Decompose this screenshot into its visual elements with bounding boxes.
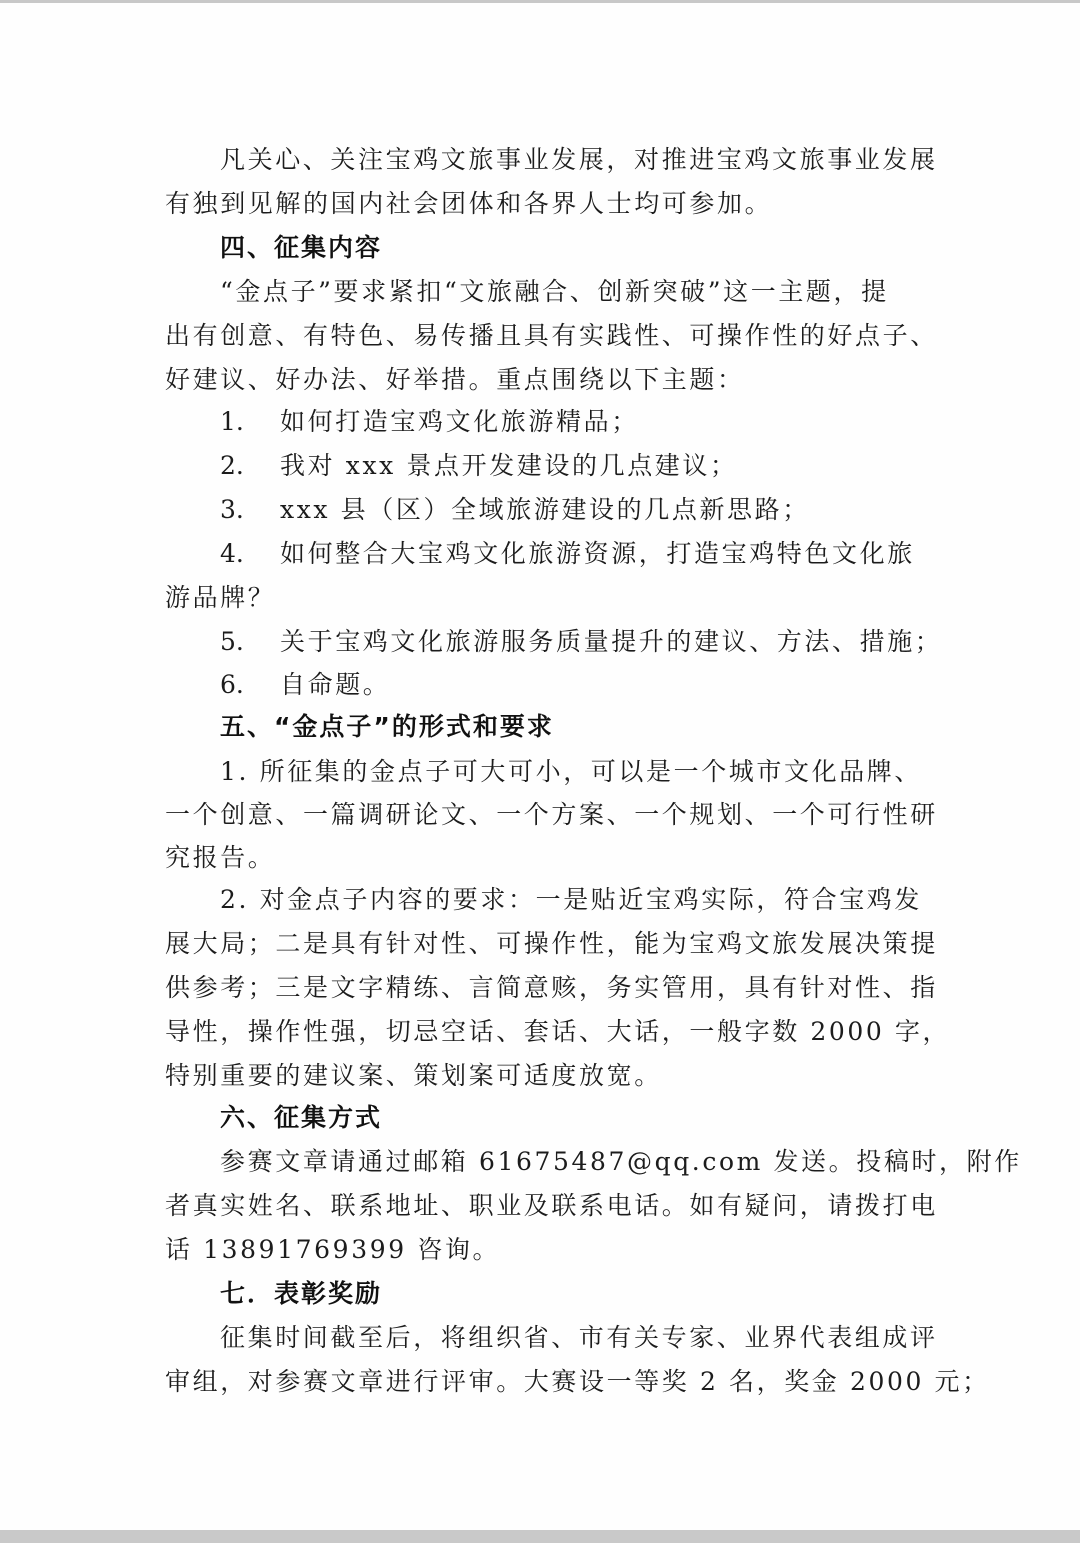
list-number: 4. xyxy=(220,539,280,569)
paragraph-line: 出有创意、有特色、易传播且具有实践性、可操作性的好点子、 xyxy=(165,321,938,351)
bottom-edge-bar xyxy=(0,1530,1080,1543)
topic-list-item: 2.我对 xxx 景点开发建设的几点建议； xyxy=(220,451,738,481)
topic-list-item: 1.如何打造宝鸡文化旅游精品； xyxy=(220,407,639,437)
paragraph-line: 一个创意、一篇调研论文、一个方案、一个规划、一个可行性研 xyxy=(165,800,938,830)
paragraph-line: “金点子”要求紧扣“文旅融合、创新突破”这一主题，提 xyxy=(220,277,889,307)
paragraph-line: 凡关心、关注宝鸡文旅事业发展，对推进宝鸡文旅事业发展 xyxy=(220,145,938,175)
topic-list-item: 3.xxx 县（区）全域旅游建设的几点新思路； xyxy=(220,495,810,525)
list-text: 自命题。 xyxy=(280,670,390,699)
list-text: xxx 县（区）全域旅游建设的几点新思路； xyxy=(280,495,810,524)
list-number: 6. xyxy=(220,670,280,700)
paragraph-line: 2. 对金点子内容的要求：一是贴近宝鸡实际，符合宝鸡发 xyxy=(220,885,922,915)
paragraph-line: 者真实姓名、联系地址、职业及联系电话。如有疑问，请拨打电 xyxy=(165,1191,938,1221)
paragraph-line: 审组，对参赛文章进行评审。大赛设一等奖 2 名，奖金 2000 元； xyxy=(165,1367,990,1397)
list-text: 我对 xxx 景点开发建设的几点建议； xyxy=(280,451,738,480)
paragraph-line: 好建议、好办法、好举措。重点围绕以下主题： xyxy=(165,365,745,395)
paragraph-line: 究报告。 xyxy=(165,843,275,873)
topic-list-continuation: 游品牌？ xyxy=(165,583,275,613)
list-number: 2. xyxy=(220,451,280,481)
paragraph-line-phone: 话 13891769399 咨询。 xyxy=(165,1235,500,1265)
paragraph-line: 特别重要的建议案、策划案可适度放宽。 xyxy=(165,1061,662,1091)
paragraph-line-email: 参赛文章请通过邮箱 61675487@qq.com 发送。投稿时，附作 xyxy=(220,1147,1022,1177)
paragraph-line: 导性，操作性强，切忌空话、套话、大话，一般字数 2000 字， xyxy=(165,1017,950,1047)
topic-list-item: 6.自命题。 xyxy=(220,670,390,700)
list-number: 5. xyxy=(220,627,280,657)
paragraph-line: 有独到见解的国内社会团体和各界人士均可参加。 xyxy=(165,189,772,219)
topic-list-item: 4.如何整合大宝鸡文化旅游资源，打造宝鸡特色文化旅 xyxy=(220,539,915,569)
paragraph-line: 1. 所征集的金点子可大可小，可以是一个城市文化品牌、 xyxy=(220,757,922,787)
paragraph-line: 供参考；三是文字精练、言简意赅，务实管用，具有针对性、指 xyxy=(165,973,938,1003)
list-text: 如何整合大宝鸡文化旅游资源，打造宝鸡特色文化旅 xyxy=(280,539,915,568)
section-heading-7: 七．表彰奖励 xyxy=(220,1279,382,1309)
paragraph-line: 展大局；二是具有针对性、可操作性，能为宝鸡文旅发展决策提 xyxy=(165,929,938,959)
list-text: 关于宝鸡文化旅游服务质量提升的建议、方法、措施； xyxy=(280,627,942,656)
section-heading-5: 五、“金点子”的形式和要求 xyxy=(220,712,554,742)
topic-list-item: 5.关于宝鸡文化旅游服务质量提升的建议、方法、措施； xyxy=(220,627,942,657)
paragraph-line: 征集时间截至后，将组织省、市有关专家、业界代表组成评 xyxy=(220,1323,938,1353)
section-heading-4: 四、征集内容 xyxy=(220,233,382,263)
list-number: 3. xyxy=(220,495,280,525)
list-text: 如何打造宝鸡文化旅游精品； xyxy=(280,407,639,436)
document-page: 凡关心、关注宝鸡文旅事业发展，对推进宝鸡文旅事业发展 有独到见解的国内社会团体和… xyxy=(0,3,1080,1530)
section-heading-6: 六、征集方式 xyxy=(220,1103,382,1133)
list-number: 1. xyxy=(220,407,280,437)
